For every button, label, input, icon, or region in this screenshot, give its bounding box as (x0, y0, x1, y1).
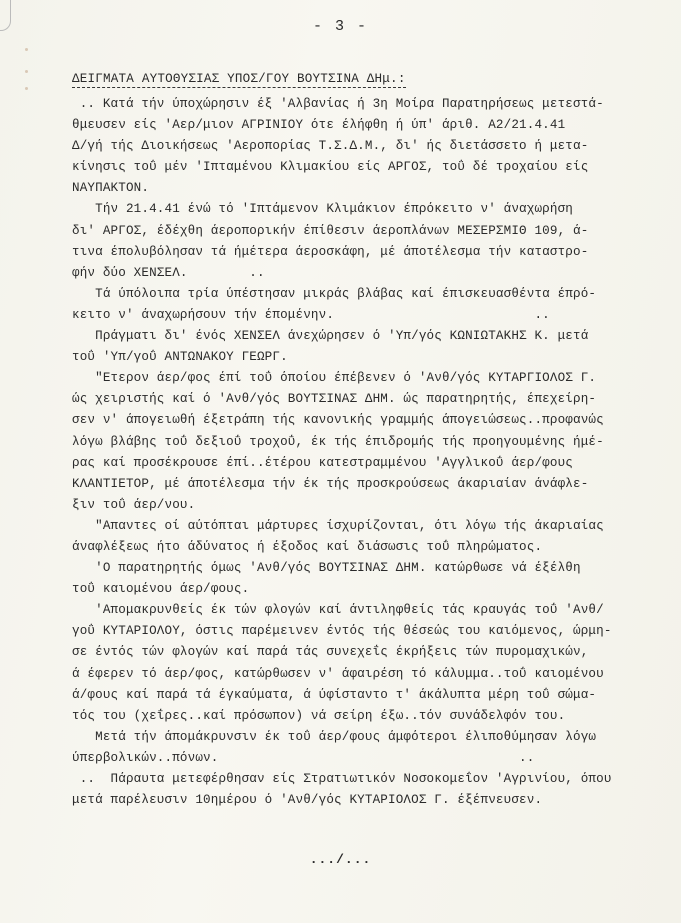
text-line: ΚΛΑΝΤΙΕΤΟΡ, μέ άποτέλεσμα τήν έκ τής προ… (72, 474, 672, 495)
text-line: ά/φους καί παρά τά έγκαύματα, ά ύφίσταντ… (72, 685, 672, 706)
text-line: μετά παρέλευσιν 10ημέρου ό 'Ανθ/γός ΚΥΤΑ… (72, 790, 672, 811)
continuation-mark: .../... (0, 852, 681, 867)
text-line: κειτο ν' άναχωρήσουν τήν έπομένην. .. (72, 305, 672, 326)
document-page: - 3 - ΔΕΙΓΜΑΤΑ ΑΥΤΟΘΥΣΙΑΣ ΥΠΟΣ/ΓΟΥ ΒΟΥΤΣ… (0, 0, 681, 923)
text-line: άναφλέξεως ήτο άδύνατος ή έξοδος καί διά… (72, 537, 672, 558)
text-line: "Απαντες οί αύτόπται μάρτυρες ίσχυρίζοντ… (72, 516, 672, 537)
document-title: ΔΕΙΓΜΑΤΑ ΑΥΤΟΘΥΣΙΑΣ ΥΠΟΣ/ΓΟΥ ΒΟΥΤΣΙΝΑ ΔΗ… (72, 72, 406, 88)
text-line: τινα έπολυβόλησαν τά ήμέτερα άεροσκάφη, … (72, 242, 672, 263)
text-line: δι' ΑΡΓΟΣ, έδέχθη άεροπορικήν έπίθεσιν ά… (72, 221, 672, 242)
text-line: γοΰ ΚΥΤΑΡΙΟΛΟΥ, όστις παρέμεινεν έντός τ… (72, 621, 672, 642)
punch-mark (25, 70, 28, 73)
text-line: Μετά τήν άπομάκρυνσιν έκ τοΰ άερ/φους άμ… (72, 727, 672, 748)
text-line: Τά ύπόλοιπα τρία ύπέστησαν μικράς βλάβας… (72, 284, 672, 305)
text-line: Πράγματι δι' ένός ΧΕΝΣΕΛ άνεχώρησεν ό 'Υ… (72, 326, 672, 347)
punch-mark (25, 87, 28, 90)
text-line: τοΰ καιομένου άερ/φους. (72, 579, 672, 600)
text-line: σεν ν' άπογειωθή έξετράπη τής κανονικής … (72, 410, 672, 431)
text-line: 'Απομακρυνθείς έκ τών φλογών καί άντιληφ… (72, 600, 672, 621)
document-body: .. Κατά τήν ύποχώρησιν έξ 'Αλβανίας ή 3η… (72, 94, 672, 811)
text-line: ύπερβολικών..πόνων. .. (72, 748, 672, 769)
page-number: - 3 - (0, 18, 681, 35)
text-line: Δ/γή τής Διοικήσεως 'Αεροπορίας Τ.Σ.Δ.Μ.… (72, 136, 672, 157)
text-line: ώς χειριστής καί ό 'Ανθ/γός ΒΟΥΤΣΙΝΑΣ ΔΗ… (72, 389, 672, 410)
text-line: 'Ο παρατηρητής όμως 'Ανθ/γός ΒΟΥΤΣΙΝΑΣ Δ… (72, 558, 672, 579)
text-line: φήν δύο ΧΕΝΣΕΛ. .. (72, 263, 672, 284)
text-line: .. Πάραυτα μετεφέρθησαν είς Στρατιωτικόν… (72, 769, 672, 790)
text-line: ά έφερεν τό άερ/φος, κατώρθωσεν ν' άφαιρ… (72, 664, 672, 685)
text-line: "Ετερον άερ/φος έπί τοΰ όποίου έπέβενεν … (72, 368, 672, 389)
text-line: σε έντός τών φλογών καί παρά τάς συνεχεΐ… (72, 642, 672, 663)
text-line: ξιν τοΰ άερ/νου. (72, 495, 672, 516)
text-line: τοΰ 'Υπ/γοΰ ΑΝΤΩΝΑΚΟΥ ΓΕΩΡΓ. (72, 347, 672, 368)
text-line: Τήν 21.4.41 ένώ τό 'Ιπτάμενον Κλιμάκιον … (72, 199, 672, 220)
text-line: θμευσεν είς 'Αερ/μιον ΑΓΡΙΝΙΟΥ ότε έλήφθ… (72, 115, 672, 136)
text-line: ρας καί προσέκρουσε έπί..έτέρου κατεστρα… (72, 453, 672, 474)
text-line: κίνησις τοΰ μέν 'Ιπταμένου Κλιμακίου είς… (72, 157, 672, 178)
text-line: .. Κατά τήν ύποχώρησιν έξ 'Αλβανίας ή 3η… (72, 94, 672, 115)
text-line: λόγω βλάβης τοΰ δεξιοΰ τροχοΰ, έκ τής έπ… (72, 432, 672, 453)
text-line: τός του (χεΐρες..καί πρόσωπον) νά σείρη … (72, 706, 672, 727)
punch-mark (25, 48, 28, 51)
text-line: ΝΑΥΠΑΚΤΟΝ. (72, 178, 672, 199)
